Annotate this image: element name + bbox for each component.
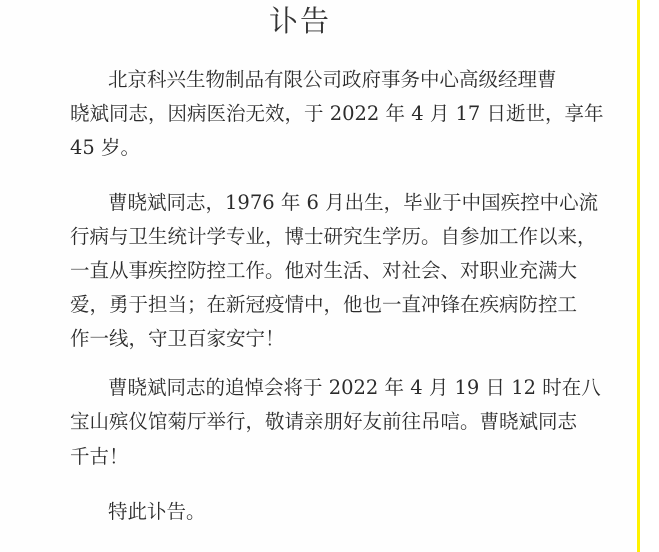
right-margin	[640, 0, 659, 552]
text-line: 一直从事疾控防控工作。他对生活、对社会、对职业充满大	[70, 258, 527, 284]
text-line: 千古！	[70, 444, 527, 470]
text-line: 北京科兴生物制品有限公司政府事务中心高级经理曹	[108, 67, 527, 93]
text-line: 曹晓斌同志，1976 年 6 月出生，毕业于中国疾控中心流	[108, 190, 527, 216]
text-line: 作一线，守卫百家安宁！	[70, 326, 527, 352]
text-line: 行病与卫生统计学专业，博士研究生学历。自参加工作以来，	[70, 224, 527, 250]
text-line: 宝山殡仪馆菊厅举行，敬请亲朋好友前往吊唁。曹晓斌同志	[70, 409, 527, 435]
obituary-document: 讣告 北京科兴生物制品有限公司政府事务中心高级经理曹 晓斌同志，因病医治无效，于…	[0, 0, 636, 552]
document-title: 讣告	[0, 3, 600, 39]
text-line: 45 岁。	[70, 135, 527, 161]
text-line: 爱，勇于担当；在新冠疫情中，他也一直冲锋在疾病防控工	[70, 292, 527, 318]
text-line: 晓斌同志，因病医治无效，于 2022 年 4 月 17 日逝世，享年	[70, 101, 527, 127]
closing-line: 特此讣告。	[108, 499, 527, 525]
text-line: 曹晓斌同志的追悼会将于 2022 年 4 月 19 日 12 时在八	[108, 375, 527, 401]
